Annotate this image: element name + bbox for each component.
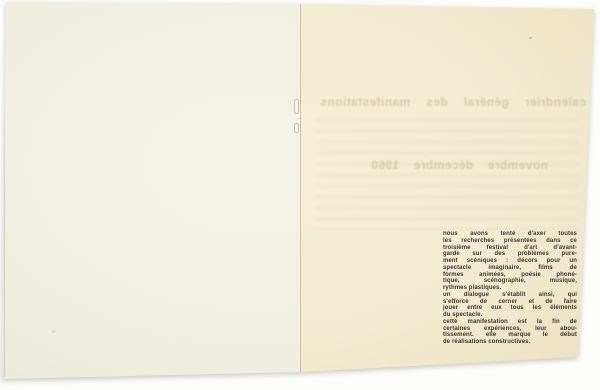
text-line: nous avons tenté d'axer toutes xyxy=(443,231,577,238)
text-line: formes animées, poésie phoné- xyxy=(443,272,577,279)
booklet: calendrier général des manifestations no… xyxy=(0,0,600,390)
text-line: tique, scénographie, musique, xyxy=(443,278,577,285)
text-line: cette manifestation est la fin de xyxy=(443,319,577,326)
body-text: nous avons tenté d'axer toutes les reche… xyxy=(443,231,577,346)
text-line: ment scéniques : décors pour un xyxy=(443,258,577,265)
text-line: certaines expériences, leur abou- xyxy=(443,326,577,333)
text-line: jouer entre eux tous les éléments xyxy=(443,305,577,312)
text-line: tissement. elle marque le début xyxy=(443,332,577,339)
text-line: spectacle imaginaire, films de xyxy=(443,265,577,272)
gutter-fold xyxy=(300,4,301,372)
text-line: troisième festival d'art d'avant- xyxy=(443,245,577,252)
show-through-line-1: calendrier général des manifestations xyxy=(320,95,586,109)
text-line: du spectacle. xyxy=(443,312,577,319)
staple xyxy=(295,100,298,113)
dust-speck xyxy=(529,37,532,39)
text-line: s'efforce de cerner et de faire xyxy=(443,299,577,306)
text-line: les recherches présentées dans ce xyxy=(443,238,577,245)
text-line: de réalisations constructives. xyxy=(443,339,577,346)
show-through-line-2: novembre décembre 1960 xyxy=(371,158,548,172)
dust-speck xyxy=(52,330,55,333)
scanned-booklet-spread: calendrier général des manifestations no… xyxy=(0,0,600,390)
text-line: rythmes plastiques. xyxy=(443,285,577,292)
text-line: un dialogue s'établit ainsi, qui xyxy=(443,292,577,299)
page-edge-line xyxy=(4,3,5,377)
staple-leg xyxy=(295,124,298,132)
show-through-rows xyxy=(316,118,578,230)
text-line: garde sur des problèmes pure- xyxy=(443,251,577,258)
